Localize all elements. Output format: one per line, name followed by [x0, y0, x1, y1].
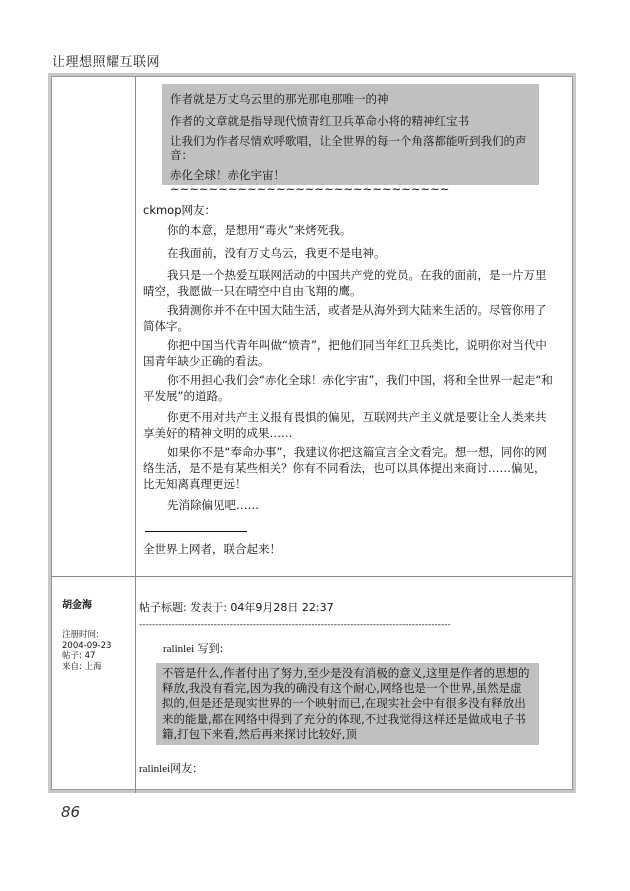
- page-number: 86: [61, 803, 80, 821]
- post-title-line: 帖子标题: 发表于: 04年9月28日 22:37: [139, 599, 334, 615]
- registered-date: 2004-09-23: [62, 641, 111, 652]
- quote-wrote-label: 写到:: [194, 642, 223, 655]
- location: 来自: 上海: [62, 662, 111, 673]
- quote-attribution: ralinlei 写到:: [163, 640, 223, 656]
- reply-heading: ckmop网友：: [143, 202, 556, 218]
- paragraph: 我猜测你并不在中国大陆生活，或者是从海外到大陆来生活的。尽管你用了简体字。: [143, 302, 556, 334]
- reply-user: ralinlei: [139, 763, 170, 775]
- author-meta: 注册时间: 2004-09-23 帖子: 47 来自: 上海: [62, 630, 111, 672]
- paragraph: 先消除偏见吧……: [143, 497, 556, 513]
- paragraph: 你把中国当代青年叫做“愤青”，把他们同当年红卫兵类比，说明你对当代中国青年缺少正…: [143, 337, 556, 369]
- signature: 全世界上网者，联合起来！: [143, 541, 556, 557]
- registered-label: 注册时间:: [62, 630, 111, 641]
- paragraph: 我只是一个热爱互联网活动的中国共产党的党员。在我的面前，是一片万里晴空，我愿做一…: [143, 267, 556, 299]
- dashed-divider: ----------------------------------------…: [139, 620, 461, 630]
- row-divider: [51, 576, 573, 577]
- quote-line: 赤化全球！赤化宇宙！~~~~~~~~~~~~~~~~~~~~~~~~~~~~~: [170, 168, 539, 196]
- post-count: 帖子: 47: [62, 651, 111, 662]
- paragraph: 如果你不是“奉命办事”，我建议你把这篇宣言全文看完。想一想，同你的网络生活，是不…: [143, 444, 556, 492]
- author-name[interactable]: 胡金海: [62, 596, 92, 611]
- quoted-block: 作者就是万丈乌云里的那光那电那唯一的神 作者的文章就是指导现代愤青红卫兵革命小将…: [162, 84, 539, 185]
- column-divider: [135, 76, 136, 793]
- paragraph: 你不用担心我们会“赤化全球！赤化宇宙”，我们中国，将和全世界一起走“和平发展”的…: [143, 372, 556, 404]
- quote-line: 作者就是万丈乌云里的那光那电那唯一的神: [170, 92, 389, 106]
- signature-divider: [145, 531, 247, 532]
- paragraph: 你的本意，是想用“毒火”来烤死我。: [143, 222, 556, 238]
- quote-line: 作者的文章就是指导现代愤青红卫兵革命小将的精神红宝书: [170, 114, 469, 128]
- page-header-title: 让理想照耀互联网: [52, 51, 160, 70]
- quote-author: ralinlei: [163, 643, 194, 655]
- reply-heading: ralinlei网友：: [139, 760, 203, 776]
- paragraph: 你更不用对共产主义报有畏惧的偏见，互联网共产主义就是要让全人类来共享美好的精神文…: [143, 409, 556, 441]
- paragraph: 在我面前，没有万丈乌云，我更不是电神。: [143, 245, 556, 261]
- quote-line: 让我们为作者尽情欢呼歌唱，让全世界的每一个角落都能听到我们的声音：: [170, 134, 530, 162]
- quoted-block: 不管是什么,作者付出了努力,至少是没有消极的意义,这里是作者的思想的释放,我没有…: [156, 663, 539, 745]
- reply-suffix: 网友：: [170, 762, 203, 775]
